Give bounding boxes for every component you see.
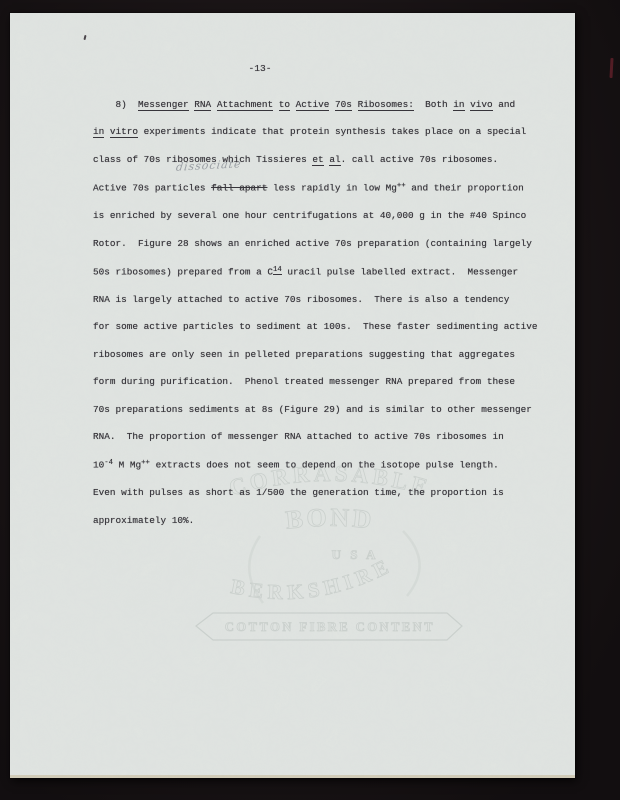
typed-text: 8) Messenger RNA Attachment to Active 70… — [93, 91, 553, 534]
text-line: Rotor. Figure 28 shows an enriched activ… — [93, 230, 553, 257]
watermark-banner: COTTON FIBRE CONTENT — [196, 613, 462, 640]
text-line: Even with pulses as short as 1/500 the g… — [93, 479, 553, 506]
text-line: 8) Messenger RNA Attachment to Active 70… — [93, 91, 553, 118]
text-line: ribosomes are only seen in pelleted prep… — [93, 341, 553, 368]
document-page: -13- CORRASABLE BOND U S A B — [10, 13, 575, 778]
text-line: approximately 10%. — [93, 507, 553, 534]
text-line: Active 70s particles fall apart less rap… — [93, 173, 553, 202]
watermark-wreath — [249, 531, 419, 603]
text-line: 10-4 M Mg++ extracts does not seem to de… — [93, 450, 553, 479]
scan-edge-mark — [609, 58, 613, 78]
watermark-banner-text: COTTON FIBRE CONTENT — [225, 620, 435, 634]
watermark-text-berkshire: BERKSHIRE — [229, 553, 397, 605]
text-line: 70s preparations sediments at 8s (Figure… — [93, 396, 553, 423]
text-line: class of 70s ribosomes which Tissieres e… — [93, 146, 553, 173]
ink-speck — [83, 35, 86, 40]
text-line: RNA is largely attached to active 70s ri… — [93, 286, 553, 313]
text-line: in vitro experiments indicate that prote… — [93, 118, 553, 145]
page-number: -13- — [248, 63, 271, 74]
text-line: is enriched by several one hour centrifu… — [93, 202, 553, 229]
text-line: RNA. The proportion of messenger RNA att… — [93, 423, 553, 450]
text-line: for some active particles to sediment at… — [93, 313, 553, 340]
watermark-text-usa: U S A — [332, 547, 379, 562]
text-line: form during purification. Phenol treated… — [93, 368, 553, 395]
scan-background: { "page": { "colors": { "bg": "#1c1618",… — [0, 0, 620, 800]
text-line: 50s ribosomes) prepared from a C14 uraci… — [93, 257, 553, 286]
